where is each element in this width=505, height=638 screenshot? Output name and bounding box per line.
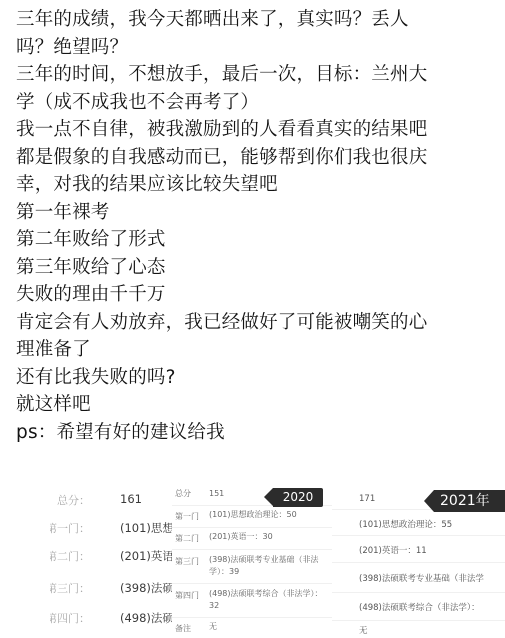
score-row-subject1: (101)思想政治理论：55 [332, 510, 505, 536]
row-label: 备注 [175, 623, 191, 634]
row-label: 第三门： [50, 580, 90, 596]
row-value: (498)法硕联考综合（非法学）： [359, 601, 480, 613]
post-line: 我一点不自律，被我激励到的人看看真实的结果吧 [16, 116, 496, 144]
post-line: 就这样吧 [16, 391, 496, 419]
row-label: 总分： [57, 492, 90, 508]
score-screenshots: 总分： 161 第一门： (101)思想 第二门： (201)英语 第三门： (… [0, 484, 505, 638]
post-line: 三年的成绩，我今天都晒出来了，真实吗？丢人 [16, 6, 496, 34]
score-panel-year1: 总分： 161 第一门： (101)思想 第二门： (201)英语 第三门： (… [50, 484, 172, 638]
row-value: (398)法硕联考专业基础（非法学 [359, 572, 484, 584]
row-value: (101)思想政治理论：55 [359, 518, 452, 530]
post-line: 肯定会有人劝放弃，我已经做好了可能被嘲笑的心 [16, 309, 496, 337]
post-line: 都是假象的自我感动而已，能够帮到你们我也很庆 [16, 144, 496, 172]
post-line: 吗？绝望吗？ [16, 34, 496, 62]
row-value: (101)思想政治理论：50 [209, 509, 329, 521]
post-line: 失败的理由千千万 [16, 281, 496, 309]
row-value: (498)法硕联考综合（非法学）：32 [209, 588, 329, 612]
row-label: 第一门： [50, 520, 90, 536]
post-line: 幸，对我的结果应该比较失望吧 [16, 171, 496, 199]
row-value: (398)法硕 [120, 580, 172, 596]
row-label: 第二门 [175, 533, 199, 544]
row-value: 无 [359, 624, 368, 636]
post-line: 理准备了 [16, 336, 496, 364]
post-line: 学（成不成我也不会再考了） [16, 89, 496, 117]
row-value: (101)思想 [120, 520, 172, 536]
score-row-remark: 备注 无 [172, 618, 332, 638]
score-row-subject2: 第二门 (201)英语一：30 [172, 528, 332, 550]
post-line: 第一年裸考 [16, 199, 496, 227]
score-row-remark: 无 [332, 621, 505, 638]
row-label: 总分 [175, 488, 191, 499]
year-tag-2020: 2020 [273, 488, 323, 507]
row-value: 无 [209, 621, 329, 633]
row-label: 第四门 [175, 590, 199, 601]
score-row-subject3: (398)法硕联考专业基础（非法学 [332, 563, 505, 593]
post-line: 第二年败给了形式 [16, 226, 496, 254]
post-line: 第三年败给了心态 [16, 254, 496, 282]
row-label: 第二门： [50, 548, 90, 564]
row-value: (201)英语 [120, 548, 172, 564]
post-line: ps：希望有好的建议给我 [16, 419, 496, 447]
score-row-subject2: (201)英语一：11 [332, 536, 505, 563]
row-label: 第一门 [175, 511, 199, 522]
post-line: 还有比我失败的吗? [16, 364, 496, 392]
post-line: 三年的时间，不想放手，最后一次，目标：兰州大 [16, 61, 496, 89]
row-value: (398)法硕联考专业基础（非法学）：39 [209, 554, 329, 578]
year-tag-2021: 2021年 [434, 490, 505, 512]
row-value: 171 [359, 494, 375, 504]
row-label: 第三门 [175, 556, 199, 567]
score-row-subject4: (498)法硕联考综合（非法学）： [332, 593, 505, 621]
row-value: (201)英语一：30 [209, 531, 329, 543]
post-text: 三年的成绩，我今天都晒出来了，真实吗？丢人 吗？绝望吗？ 三年的时间，不想放手，… [16, 6, 496, 446]
row-value: (498)法硕 [120, 610, 172, 626]
row-value: (201)英语一：11 [359, 544, 427, 556]
row-value: 161 [120, 492, 142, 506]
score-row-subject3: 第三门 (398)法硕联考专业基础（非法学）：39 [172, 550, 332, 584]
score-row-subject4: 第四门 (498)法硕联考综合（非法学）：32 [172, 584, 332, 618]
row-label: 第四门： [50, 610, 90, 626]
score-row-subject1: 第一门 (101)思想政治理论：50 [172, 506, 332, 528]
score-panel-2020: 总分 151 第一门 (101)思想政治理论：50 第二门 (201)英语一：3… [172, 484, 332, 638]
